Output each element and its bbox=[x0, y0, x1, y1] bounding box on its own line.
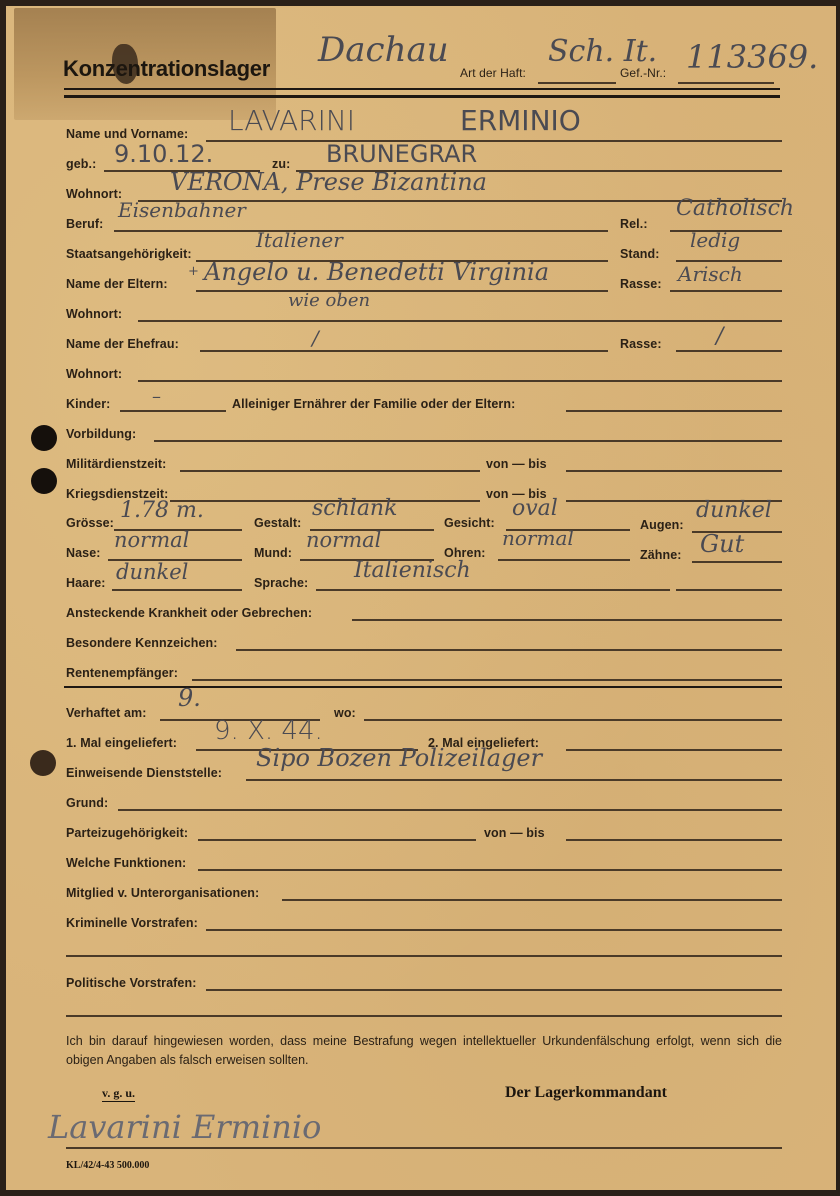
renten-label: Rentenempfänger: bbox=[66, 666, 178, 680]
rule bbox=[66, 955, 782, 957]
gesicht-value: oval bbox=[512, 496, 558, 521]
krankheit-label: Ansteckende Krankheit oder Gebrechen: bbox=[66, 606, 312, 620]
staat-label: Staatsangehörigkeit: bbox=[66, 247, 192, 261]
art-der-haft-label: Art der Haft: bbox=[460, 66, 526, 80]
mund-label: Mund: bbox=[254, 546, 292, 560]
rule bbox=[538, 82, 616, 84]
stand-label: Stand: bbox=[620, 247, 660, 261]
zu-value: BRUNEGRAR bbox=[326, 140, 477, 168]
gesicht-label: Gesicht: bbox=[444, 516, 495, 530]
beruf-value: Eisenbahner bbox=[118, 198, 246, 222]
partei-label: Parteizugehörigkeit: bbox=[66, 826, 188, 840]
art-der-haft-value: Sch. It. bbox=[548, 34, 657, 69]
rule bbox=[236, 649, 782, 651]
funktionen-label: Welche Funktionen: bbox=[66, 856, 186, 870]
gef-nr-value: 113369. bbox=[686, 38, 818, 76]
kennzeichen-label: Besondere Kennzeichen: bbox=[66, 636, 218, 650]
section-rule bbox=[64, 686, 782, 688]
sprache-value: Italienisch bbox=[354, 558, 471, 583]
rule bbox=[180, 470, 480, 472]
mund-value: normal bbox=[306, 528, 381, 552]
punch-hole bbox=[31, 425, 57, 451]
form-code: KL/42/4-43 500.000 bbox=[66, 1160, 149, 1171]
rule bbox=[192, 679, 782, 681]
form-title: Konzentrationslager bbox=[63, 56, 270, 82]
rule bbox=[120, 410, 226, 412]
zaehne-label: Zähne: bbox=[640, 548, 682, 562]
unterorg-label: Mitglied v. Unterorganisationen: bbox=[66, 886, 259, 900]
rule bbox=[196, 290, 608, 292]
eltern-value: Angelo u. Benedetti Virginia bbox=[204, 258, 549, 286]
rel-value: Catholisch bbox=[676, 196, 794, 221]
rule bbox=[352, 619, 782, 621]
prisoner-signature: Lavarini Erminio bbox=[48, 1108, 321, 1146]
rule bbox=[114, 230, 608, 232]
name-label: Name und Vorname: bbox=[66, 127, 188, 141]
rasse-value: Arisch bbox=[678, 262, 743, 286]
ehefrau-wohnort-label: Wohnort: bbox=[66, 367, 122, 381]
declaration-statement: Ich bin darauf hingewiesen worden, dass … bbox=[66, 1032, 782, 1070]
ehefrau-value: / bbox=[312, 326, 319, 350]
rule bbox=[566, 749, 782, 751]
rel-label: Rel.: bbox=[620, 217, 648, 231]
wohnort-value: VERONA, Prese Bizantina bbox=[170, 168, 487, 196]
nase-value: normal bbox=[114, 528, 189, 552]
kriminell-label: Kriminelle Vorstrafen: bbox=[66, 916, 198, 930]
mal1-value: 9. X. 44. bbox=[214, 716, 323, 746]
camp-name: Dachau bbox=[318, 30, 449, 70]
staat-value: Italiener bbox=[256, 228, 343, 252]
kinder-value: – bbox=[152, 386, 161, 407]
geb-value: 9.10.12. bbox=[114, 140, 213, 168]
rule bbox=[364, 719, 782, 721]
groesse-label: Grösse: bbox=[66, 516, 114, 530]
eltern-wohnort-value: wie oben bbox=[288, 290, 370, 311]
rule bbox=[198, 839, 476, 841]
rule bbox=[206, 929, 782, 931]
rule bbox=[498, 559, 630, 561]
ehefrau-rasse-label: Rasse: bbox=[620, 337, 662, 351]
politisch-label: Politische Vorstrafen: bbox=[66, 976, 196, 990]
dienststelle-label: Einweisende Dienststelle: bbox=[66, 766, 222, 780]
rule bbox=[676, 350, 782, 352]
rule bbox=[566, 410, 782, 412]
kinder-label: Kinder: bbox=[66, 397, 110, 411]
partei-von-bis: von — bis bbox=[484, 826, 545, 840]
rule bbox=[154, 440, 782, 442]
gestalt-value: schlank bbox=[312, 496, 397, 521]
verhaftet-label: Verhaftet am: bbox=[66, 706, 147, 720]
mal1-label: 1. Mal eingeliefert: bbox=[66, 736, 177, 750]
commandant-label: Der Lagerkommandant bbox=[505, 1084, 667, 1102]
rule bbox=[118, 809, 782, 811]
augen-value: dunkel bbox=[696, 498, 772, 523]
rule bbox=[282, 899, 782, 901]
rule bbox=[670, 290, 782, 292]
ohren-value: normal bbox=[502, 526, 574, 550]
rule bbox=[246, 779, 782, 781]
haare-value: dunkel bbox=[116, 560, 188, 584]
rasse-label: Rasse: bbox=[620, 277, 662, 291]
dienststelle-value: Sipo Bozen Polizeilager bbox=[256, 744, 542, 772]
firstname-value: ERMINIO bbox=[460, 104, 581, 137]
rule bbox=[566, 839, 782, 841]
rule bbox=[138, 380, 782, 382]
rule bbox=[566, 470, 782, 472]
rule bbox=[678, 82, 774, 84]
rule bbox=[206, 989, 782, 991]
eltern-wohnort-label: Wohnort: bbox=[66, 307, 122, 321]
grund-label: Grund: bbox=[66, 796, 108, 810]
rule bbox=[66, 1015, 782, 1017]
header-rule bbox=[64, 95, 780, 98]
punch-hole bbox=[30, 750, 56, 776]
rule bbox=[316, 589, 670, 591]
sprache-label: Sprache: bbox=[254, 576, 308, 590]
beruf-label: Beruf: bbox=[66, 217, 103, 231]
eltern-label: Name der Eltern: bbox=[66, 277, 168, 291]
wo-label: wo: bbox=[334, 706, 356, 720]
ehefrau-label: Name der Ehefrau: bbox=[66, 337, 179, 351]
ernaehrer-label: Alleiniger Ernährer der Familie oder der… bbox=[232, 397, 515, 411]
rule bbox=[676, 589, 782, 591]
surname-value: LAVARINI bbox=[228, 104, 355, 137]
groesse-value: 1.78 m. bbox=[120, 498, 204, 523]
deceased-mark: + bbox=[188, 264, 199, 279]
rule bbox=[112, 589, 242, 591]
gef-nr-label: Gef.-Nr.: bbox=[620, 66, 666, 80]
stand-value: ledig bbox=[690, 228, 740, 252]
zaehne-value: Gut bbox=[700, 530, 744, 558]
rule bbox=[200, 350, 608, 352]
militaer-label: Militärdienstzeit: bbox=[66, 457, 166, 471]
gestalt-label: Gestalt: bbox=[254, 516, 301, 530]
rule bbox=[198, 869, 782, 871]
signature-line bbox=[66, 1147, 782, 1149]
ehefrau-rasse-value: / bbox=[716, 324, 723, 349]
nase-label: Nase: bbox=[66, 546, 101, 560]
rule bbox=[692, 561, 782, 563]
militaer-von-bis: von — bis bbox=[486, 457, 547, 471]
wohnort-label: Wohnort: bbox=[66, 187, 122, 201]
header-rule bbox=[64, 88, 780, 90]
verhaftet-value: 9. bbox=[178, 684, 201, 712]
vgu-label: v. g. u. bbox=[102, 1086, 135, 1102]
geb-label: geb.: bbox=[66, 157, 96, 171]
vorbildung-label: Vorbildung: bbox=[66, 427, 136, 441]
haare-label: Haare: bbox=[66, 576, 106, 590]
rule bbox=[138, 320, 782, 322]
punch-hole bbox=[31, 468, 57, 494]
augen-label: Augen: bbox=[640, 518, 684, 532]
rule bbox=[206, 140, 782, 142]
